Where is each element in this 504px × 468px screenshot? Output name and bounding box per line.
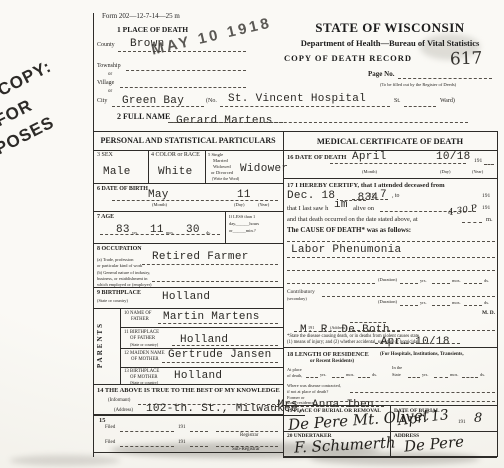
- personal-section-title: PERSONAL AND STATISTICAL PARTICULARS: [94, 136, 282, 145]
- rule: [283, 456, 497, 458]
- dob-year-cap: (Year): [258, 202, 269, 207]
- race-value: White: [158, 166, 193, 178]
- certify-statement: 17 I HEREBY CERTIFY, that I attended dec…: [287, 182, 445, 189]
- rule: [148, 150, 149, 183]
- age-less-note-2: day,______hours: [229, 221, 259, 226]
- dob-month-value: May: [148, 189, 169, 201]
- marital-label-1: 5 Single: [208, 152, 223, 157]
- in-the-label: In the: [392, 365, 402, 370]
- age-months-cap: mos.: [166, 230, 174, 235]
- page-no-line: [398, 78, 492, 79]
- duration1-mos: mos.: [452, 278, 461, 283]
- duration1-line-c: [432, 283, 450, 284]
- copy-of-record-title: COPY OF DEATH RECORD: [268, 53, 428, 63]
- signature-address-cap: (Address): [330, 325, 347, 330]
- undertaker-address-value: De Pere: [403, 432, 464, 455]
- father-birthplace-cap: (State or country): [130, 342, 158, 347]
- residence-cap2: or Recent Residents): [310, 359, 354, 364]
- filed-label-2: Filed: [105, 440, 115, 445]
- saw-alive-mid: alive on: [353, 205, 374, 212]
- birthplace-label: 9 BIRTHPLACE: [97, 290, 141, 296]
- mother-birthplace-cap: (State or country): [130, 380, 158, 385]
- duration2-mos: mos.: [452, 300, 461, 305]
- contracted-label-1: Where was disease contracted,: [287, 383, 341, 388]
- rule: [93, 384, 283, 385]
- mother-name-label-2: OF MOTHER: [131, 357, 159, 362]
- state-label: State: [392, 372, 401, 377]
- res-line-1b: [332, 377, 344, 378]
- saw-alive-pre: that I last saw h: [287, 205, 328, 212]
- death-occurred-m: m.: [486, 216, 493, 223]
- res-line-2a: [408, 377, 420, 378]
- contributory-line: [322, 296, 495, 297]
- knowledge-statement: 14 THE ABOVE IS TRUE TO THE BEST OF MY K…: [97, 387, 280, 394]
- rule: [93, 13, 94, 457]
- sex-value: Male: [103, 166, 131, 178]
- hospital-no-label: (No.: [206, 98, 217, 104]
- marital-label-4: or Divorced: [211, 170, 233, 175]
- filed-line-2b: [190, 446, 208, 447]
- duration1-line-b: [400, 283, 418, 284]
- scan-smudge: [10, 455, 120, 466]
- page-no-note: (To be filled out by the Register of Dee…: [380, 82, 456, 87]
- mother-birthplace-label-1: 13 BIRTHPLACE: [124, 369, 159, 374]
- attended-from-year: 7: [380, 189, 387, 201]
- state-title: STATE OF WISCONSIN: [283, 20, 497, 36]
- date-of-death-line: [330, 163, 466, 164]
- marital-value: Widower: [240, 163, 288, 175]
- time-of-death-handwritten: 4-30 P: [447, 204, 477, 218]
- filed-line-1a: [120, 431, 174, 432]
- father-name-label-1: 10 NAME OF: [124, 311, 151, 316]
- duration2-line-b: [400, 305, 418, 306]
- death-occurred-line: and that death occurred on the date stat…: [287, 216, 418, 223]
- father-name-value: Martin Martens: [163, 311, 260, 323]
- duration2-cap: (Duration): [378, 299, 397, 304]
- at-place-label-1: At place: [287, 367, 302, 372]
- former-residence-label-2: usual residence: [287, 400, 314, 405]
- at-place-label-2: of death,: [287, 373, 302, 378]
- father-birthplace-label-1: 11 BIRTHPLACE: [124, 330, 159, 335]
- duration1-line-a: [287, 283, 375, 284]
- res-line-1a: [306, 377, 318, 378]
- occupation-b-line3: which employed or (employer): [97, 282, 152, 287]
- burial-date-year-hw: 8: [474, 411, 482, 426]
- attended-to-word: , to: [392, 193, 399, 199]
- mother-birthplace-value: Holland: [174, 370, 222, 382]
- age-months-value: 11: [150, 224, 164, 236]
- duration2-yrs: yrs.: [420, 300, 427, 305]
- cause-line-2: [287, 257, 495, 258]
- md-cap: M. D.: [482, 310, 495, 316]
- or-label-1: or: [108, 72, 112, 77]
- res-line-2c: [462, 377, 478, 378]
- rule: [205, 150, 206, 183]
- rule: [120, 367, 283, 368]
- filed-line-1c: [216, 431, 278, 432]
- father-name-line: [158, 323, 278, 324]
- street-label: St.: [394, 98, 401, 104]
- footnote-line2: (1) means of injury; and (2) whether acc…: [287, 340, 420, 345]
- occupation-a-line2: or particular kind of work: [97, 263, 142, 268]
- township-label: Township: [97, 63, 121, 69]
- street-line: [404, 106, 436, 107]
- residence-cap1: (For Hospitals, Institutions, Transients…: [380, 352, 464, 357]
- res-line-2b: [434, 377, 448, 378]
- birthplace-cap: (State or country): [97, 298, 128, 303]
- department-title: Department of Health—Bureau of Vital Sta…: [278, 38, 502, 48]
- rule: [283, 178, 497, 179]
- marital-label-3: Widowed: [213, 164, 231, 169]
- cause-line-1: [287, 241, 495, 242]
- duration1-cap: (Duration): [378, 277, 397, 282]
- filing-number: 15: [99, 417, 105, 424]
- rule: [120, 308, 121, 384]
- duration2-ds: ds.: [484, 300, 489, 305]
- occupation-a-line1: (a) Trade, profession: [97, 257, 133, 262]
- dob-day-value: 11: [237, 189, 251, 201]
- rule: [93, 308, 283, 309]
- full-name-value: Gerard Martens: [176, 115, 273, 127]
- parents-vertical-label: PARENTS: [96, 308, 104, 382]
- form-number: Form 202—12-7-14—25 m: [102, 12, 180, 20]
- county-label: County: [97, 42, 115, 48]
- marital-label-2: Married: [213, 158, 228, 163]
- attended-19: , 19: [366, 193, 375, 199]
- attended-from-date: Dec. 18: [287, 190, 335, 202]
- rule: [120, 327, 283, 328]
- occupation-b-line1: (b) General nature of industry,: [97, 270, 150, 275]
- res-yrs-1: yrs.: [320, 372, 326, 377]
- marital-label-5: (Write the Word): [212, 176, 239, 181]
- filed-line-2a: [120, 446, 174, 447]
- dod-month-cap: (Month): [362, 169, 377, 174]
- village-label: Village: [97, 80, 114, 86]
- signature-date-line: [350, 322, 386, 323]
- former-residence-line: [330, 401, 495, 402]
- informant-address-cap: (Address): [114, 408, 133, 413]
- duration1-yrs: yrs.: [420, 278, 427, 283]
- age-years-cap: yrs.: [132, 230, 138, 235]
- dob-label: 6 DATE OF BIRTH: [97, 186, 148, 192]
- rule: [93, 183, 283, 184]
- duration2-line-d: [464, 305, 482, 306]
- saw-alive-him: im: [334, 199, 348, 211]
- sub-registrar-label: Sub-Registrar: [232, 447, 260, 452]
- date-of-death-month: April: [352, 151, 387, 163]
- father-birthplace-line: [172, 345, 278, 346]
- informant-cap: (Informant): [108, 398, 130, 403]
- filed-line-1b: [190, 431, 208, 432]
- contracted-line: [350, 392, 495, 393]
- occupation-value: Retired Farmer: [152, 251, 249, 263]
- birthplace-value: Holland: [162, 291, 210, 303]
- dod-day-cap: (Day): [440, 169, 451, 174]
- residence-label: 18 LENGTH OF RESIDENCE: [287, 351, 369, 358]
- cause-of-death-value: Labor Phenumonia: [291, 244, 401, 256]
- township-line: [126, 70, 246, 71]
- age-less-note-3: or______min.?: [229, 228, 256, 233]
- age-years-value: 83: [116, 224, 130, 236]
- death-certificate-document: COPY: FOR RPOSES Form 202—12-7-14—25 m 1…: [0, 0, 504, 468]
- rule: [93, 243, 283, 244]
- date-of-death-day: 10/18: [436, 151, 471, 163]
- age-less-note-1: If LESS than 1: [229, 214, 255, 219]
- mother-name-value: Gertrude Jansen: [168, 349, 272, 361]
- date-of-death-label: 16 DATE OF DEATH: [287, 154, 346, 161]
- page-no-label: Page No.: [368, 70, 394, 78]
- res-mos-1: mos.: [346, 372, 354, 377]
- dob-month-cap: (Month): [152, 202, 167, 207]
- dod-year-cap: (Year): [472, 169, 483, 174]
- contributory-label: Contributory: [287, 289, 315, 295]
- registrar-label: Registrar: [240, 433, 258, 438]
- date-of-death-191: 191: [474, 158, 482, 164]
- dob-line: [112, 200, 278, 201]
- cause-line-3: [287, 270, 495, 271]
- city-label: City: [97, 98, 107, 104]
- copy-purposes-stamp: COPY: FOR RPOSES: [0, 54, 79, 160]
- saw-alive-191: 191: [482, 205, 490, 211]
- ward-label: Ward): [440, 98, 455, 104]
- contracted-label-2: if not at place of death?: [287, 389, 328, 394]
- res-ds-1: ds.: [372, 372, 377, 377]
- date-of-death-year-line: [484, 164, 494, 165]
- occupation-label: 8 OCCUPATION: [97, 246, 142, 252]
- attended-to-191: 191: [482, 193, 490, 199]
- certificate-number: 617: [450, 48, 483, 69]
- death-occurred-blank: [462, 222, 482, 223]
- cause-of-death-label: The CAUSE OF DEATH* was as follows:: [287, 226, 411, 234]
- filed-191-2: 191: [178, 440, 186, 445]
- institution-value: St. Vincent Hospital: [228, 93, 366, 105]
- rule: [93, 287, 283, 288]
- village-line: [120, 87, 246, 88]
- rule: [93, 211, 283, 212]
- res-ds-2: ds.: [480, 372, 485, 377]
- sex-label: 3 SEX: [97, 152, 113, 158]
- age-label: 7 AGE: [97, 214, 114, 220]
- rule: [93, 452, 283, 453]
- res-mos-2: mos.: [450, 372, 458, 377]
- father-birthplace-label-2: OF FATHER: [130, 336, 155, 341]
- signature-address-line: [352, 330, 495, 331]
- res-line-1c: [358, 377, 370, 378]
- race-label: 4 COLOR or RACE: [151, 152, 200, 158]
- occupation-b-line2: business, or establishment in: [97, 276, 148, 281]
- occupation-b-line: [152, 281, 278, 282]
- hospital-line: [220, 106, 390, 107]
- mother-name-label-1: 12 MAIDEN NAME: [124, 351, 165, 356]
- footnote-line1: *State the disease causing death, or in …: [287, 334, 419, 339]
- burial-date-191: 191: [458, 420, 466, 425]
- res-yrs-2: yrs.: [422, 372, 428, 377]
- secondary-cap: (secondary): [287, 296, 307, 301]
- duration1-ds: ds.: [484, 278, 489, 283]
- duration2-line-c: [432, 305, 450, 306]
- father-name-label-2: FATHER: [131, 317, 149, 322]
- mother-name-line: [162, 362, 278, 363]
- age-days-value: 30: [186, 224, 200, 236]
- occupation-a-line: [142, 264, 278, 265]
- section1-title: 1 PLACE OF DEATH: [117, 25, 188, 34]
- or-label-2: or: [108, 89, 112, 94]
- informant-address-value: 102-th. St., Milwaukee,: [146, 403, 305, 416]
- filed-191-1: 191: [178, 425, 186, 430]
- signature-191: 191: [308, 325, 314, 330]
- age-days-cap: ds.: [206, 230, 211, 235]
- filed-label-1: Filed: [105, 425, 115, 430]
- rule: [225, 211, 226, 243]
- city-value: Green Bay: [122, 95, 184, 107]
- duration1-line-d: [464, 283, 482, 284]
- rule: [93, 131, 497, 132]
- full-name-label: 2 FULL NAME: [117, 112, 170, 121]
- dob-day-cap: (Day): [234, 202, 245, 207]
- rule: [497, 131, 498, 457]
- medical-section-title: MEDICAL CERTIFICATE OF DEATH: [284, 136, 496, 146]
